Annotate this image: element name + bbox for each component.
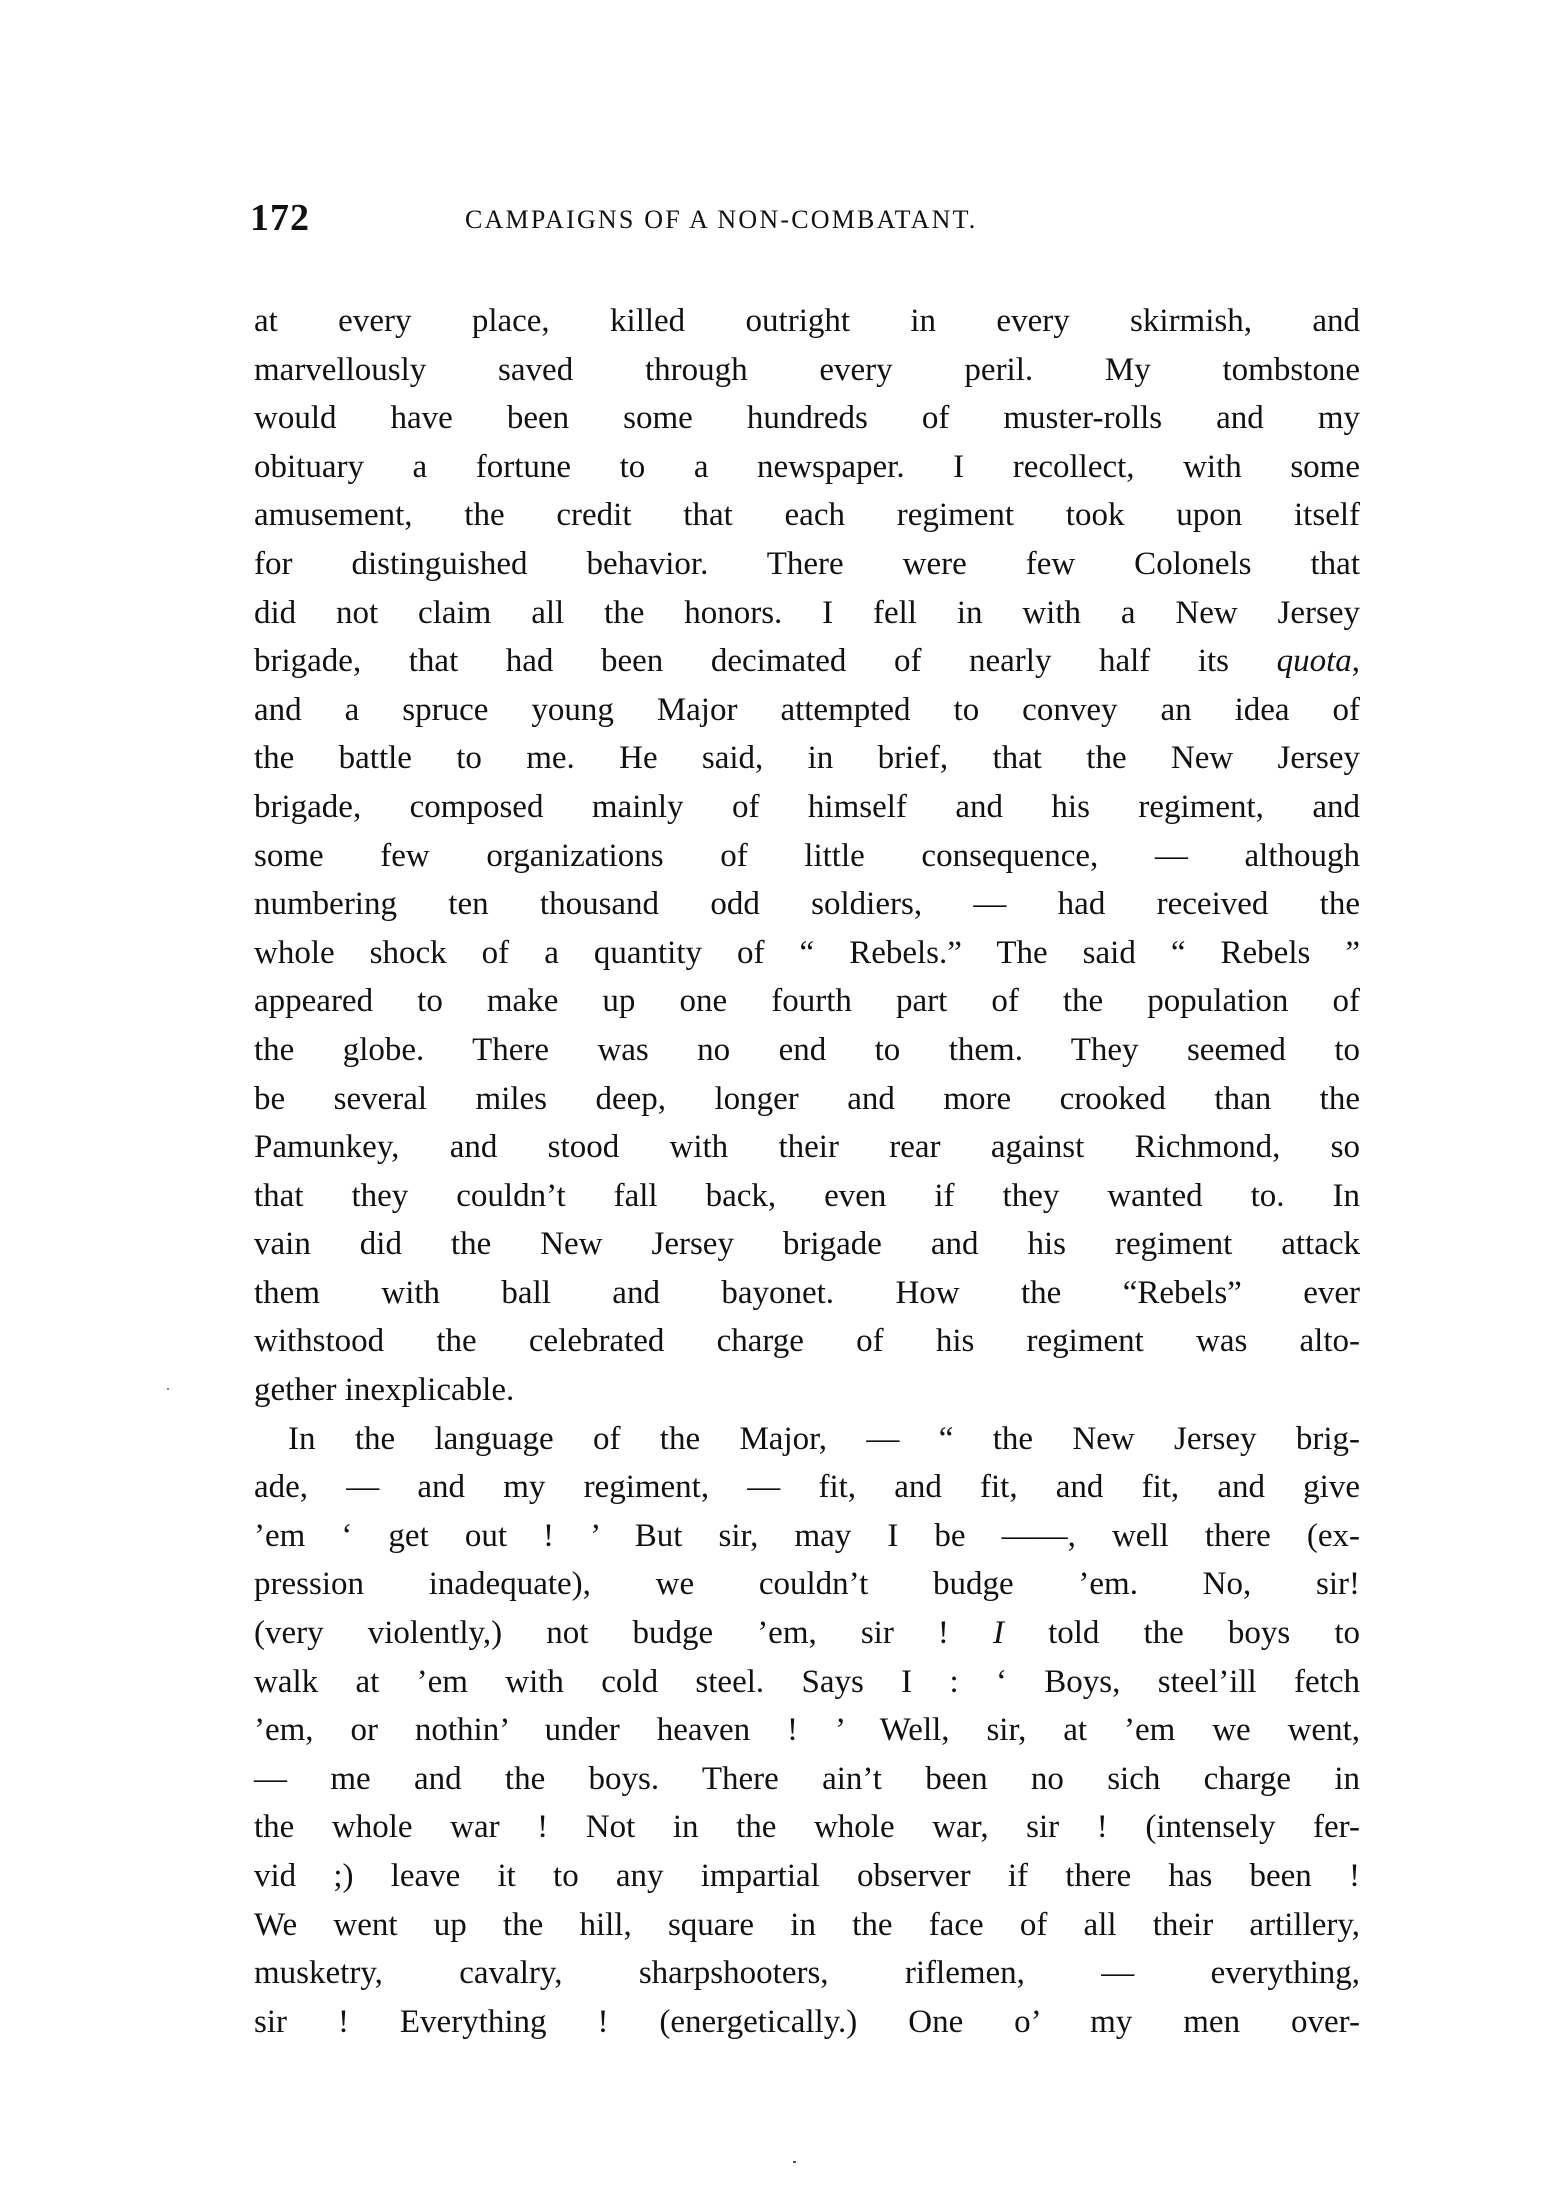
text-line: the battle to me. He said, in brief, tha… [254, 734, 1360, 783]
text-line: whole shock of a quantity of “ Rebels.” … [254, 929, 1360, 978]
text-segment: brigade, that had been decimated of near… [254, 643, 1277, 679]
text-line: vain did the New Jersey brigade and his … [254, 1220, 1360, 1269]
text-line: ade, — and my regiment, — fit, and fit, … [254, 1463, 1360, 1512]
text-line: ’em, or nothin’ under heaven ! ’ Well, s… [254, 1706, 1360, 1755]
text-line: the whole war ! Not in the whole war, si… [254, 1803, 1360, 1852]
text-line: would have been some hundreds of muster-… [254, 394, 1360, 443]
text-line: withstood the celebrated charge of his r… [254, 1317, 1360, 1366]
running-head: 172 CAMPAIGNS OF A NON-COMBATANT. [250, 196, 1360, 240]
text-line: marvellously saved through every peril. … [254, 346, 1360, 395]
text-line: brigade, composed mainly of himself and … [254, 783, 1360, 832]
text-line: that they couldn’t fall back, even if th… [254, 1172, 1360, 1221]
text-line: and a spruce young Major attempted to co… [254, 686, 1360, 735]
text-line-with-italic: (very violently,) not budge ’em, sir ! I… [254, 1609, 1360, 1658]
text-line: did not claim all the honors. I fell in … [254, 589, 1360, 638]
text-line: for distinguished behavior. There were f… [254, 540, 1360, 589]
italic-word-quota: quota [1277, 643, 1352, 679]
running-title: CAMPAIGNS OF A NON-COMBATANT. [465, 200, 977, 240]
text-line: appeared to make up one fourth part of t… [254, 977, 1360, 1026]
text-line: ’em ‘ get out ! ’ But sir, may I be ——, … [254, 1512, 1360, 1561]
page-number: 172 [250, 196, 310, 240]
text-line: pression inadequate), we couldn’t budge … [254, 1560, 1360, 1609]
text-line: Pamunkey, and stood with their rear agai… [254, 1123, 1360, 1172]
text-segment: (very violently,) not budge ’em, sir ! [254, 1615, 993, 1651]
text-segment: told the boys to [1004, 1615, 1360, 1651]
text-segment: , [1352, 643, 1360, 679]
text-line: sir ! Everything ! (energetically.) One … [254, 1998, 1360, 2047]
text-line: at every place, killed outright in every… [254, 297, 1360, 346]
paragraph-end-line: gether inexplicable. [254, 1366, 1360, 1415]
text-line: amusement, the credit that each regiment… [254, 491, 1360, 540]
text-line: obituary a fortune to a newspaper. I rec… [254, 443, 1360, 492]
text-line: vid ;) leave it to any impartial observe… [254, 1852, 1360, 1901]
text-line: — me and the boys. There ain’t been no s… [254, 1755, 1360, 1804]
text-line: walk at ’em with cold steel. Says I : ‘ … [254, 1658, 1360, 1707]
print-speck [167, 1388, 169, 1390]
book-page: 172 CAMPAIGNS OF A NON-COMBATANT. at eve… [0, 0, 1541, 2197]
paragraph-start-line: In the language of the Major, — “ the Ne… [254, 1415, 1360, 1464]
text-line: We went up the hill, square in the face … [254, 1901, 1360, 1950]
italic-word-i: I [993, 1615, 1004, 1651]
text-line-with-italic: brigade, that had been decimated of near… [254, 637, 1360, 686]
print-speck [793, 2161, 796, 2163]
text-line: them with ball and bayonet. How the “Reb… [254, 1269, 1360, 1318]
text-line: be several miles deep, longer and more c… [254, 1075, 1360, 1124]
text-line: the globe. There was no end to them. The… [254, 1026, 1360, 1075]
text-line: musketry, cavalry, sharpshooters, riflem… [254, 1949, 1360, 1998]
body-text: at every place, killed outright in every… [254, 297, 1360, 2046]
text-line: numbering ten thousand odd soldiers, — h… [254, 880, 1360, 929]
text-line: some few organizations of little consequ… [254, 832, 1360, 881]
